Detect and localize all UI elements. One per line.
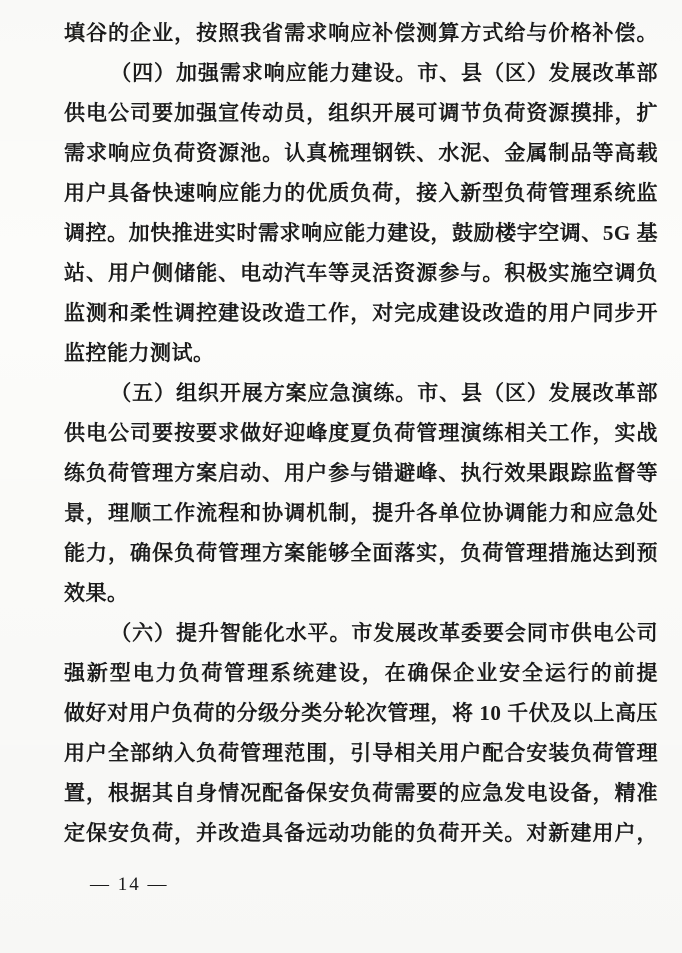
text-line-19: 用户全部纳入负荷管理范围，引导相关用户配合安装负荷管理装	[64, 733, 658, 773]
text-line-21: 定保安负荷，并改造具备远动功能的负荷开关。对新建用户，在	[64, 813, 658, 853]
text-line-7: 站、用户侧储能、电动汽车等灵活资源参与。积极实施空调负荷	[64, 253, 658, 293]
text-line-8: 监测和柔性调控建设改造工作，对完成建设改造的用户同步开展	[64, 293, 658, 333]
text-line-12: 练负荷管理方案启动、用户参与错避峰、执行效果跟踪监督等场	[64, 453, 658, 493]
text-line-20: 置，根据其自身情况配备保安负荷需要的应急发电设备，精准确	[64, 773, 658, 813]
text-line-3: 供电公司要加强宣传动员，组织开展可调节负荷资源摸排，扩大	[64, 93, 658, 133]
text-line-5: 用户具备快速响应能力的优质负荷，接入新型负荷管理系统监测	[64, 173, 658, 213]
text-line-10: （五）组织开展方案应急演练。市、县（区）发展改革部门、	[64, 373, 658, 413]
text-line-15: 效果。	[64, 573, 658, 613]
text-line-11: 供电公司要按要求做好迎峰度夏负荷管理演练相关工作，实战演	[64, 413, 658, 453]
text-line-9: 监控能力测试。	[64, 333, 658, 373]
document-page: 填谷的企业，按照我省需求响应补偿测算方式给与价格补偿。 （四）加强需求响应能力建…	[0, 0, 682, 953]
text-line-2: （四）加强需求响应能力建设。市、县（区）发展改革部门、	[64, 53, 658, 93]
document-text: 填谷的企业，按照我省需求响应补偿测算方式给与价格补偿。 （四）加强需求响应能力建…	[64, 13, 658, 853]
text-line-1: 填谷的企业，按照我省需求响应补偿测算方式给与价格补偿。	[64, 13, 658, 53]
text-line-17: 强新型电力负荷管理系统建设，在确保企业安全运行的前提下，	[64, 653, 658, 693]
text-line-6: 调控。加快推进实时需求响应能力建设，鼓励楼宇空调、5G 基	[64, 213, 658, 253]
text-line-14: 能力，确保负荷管理方案能够全面落实，负荷管理措施达到预期	[64, 533, 658, 573]
text-line-13: 景，理顺工作流程和协调机制，提升各单位协调能力和应急处置	[64, 493, 658, 533]
text-line-16: （六）提升智能化水平。市发展改革委要会同市供电公司加	[64, 613, 658, 653]
text-line-18: 做好对用户负荷的分级分类分轮次管理，将 10 千伏及以上高压	[64, 693, 658, 733]
page-number: — 14 —	[90, 872, 169, 898]
text-line-4: 需求响应负荷资源池。认真梳理钢铁、水泥、金属制品等高载能	[64, 133, 658, 173]
